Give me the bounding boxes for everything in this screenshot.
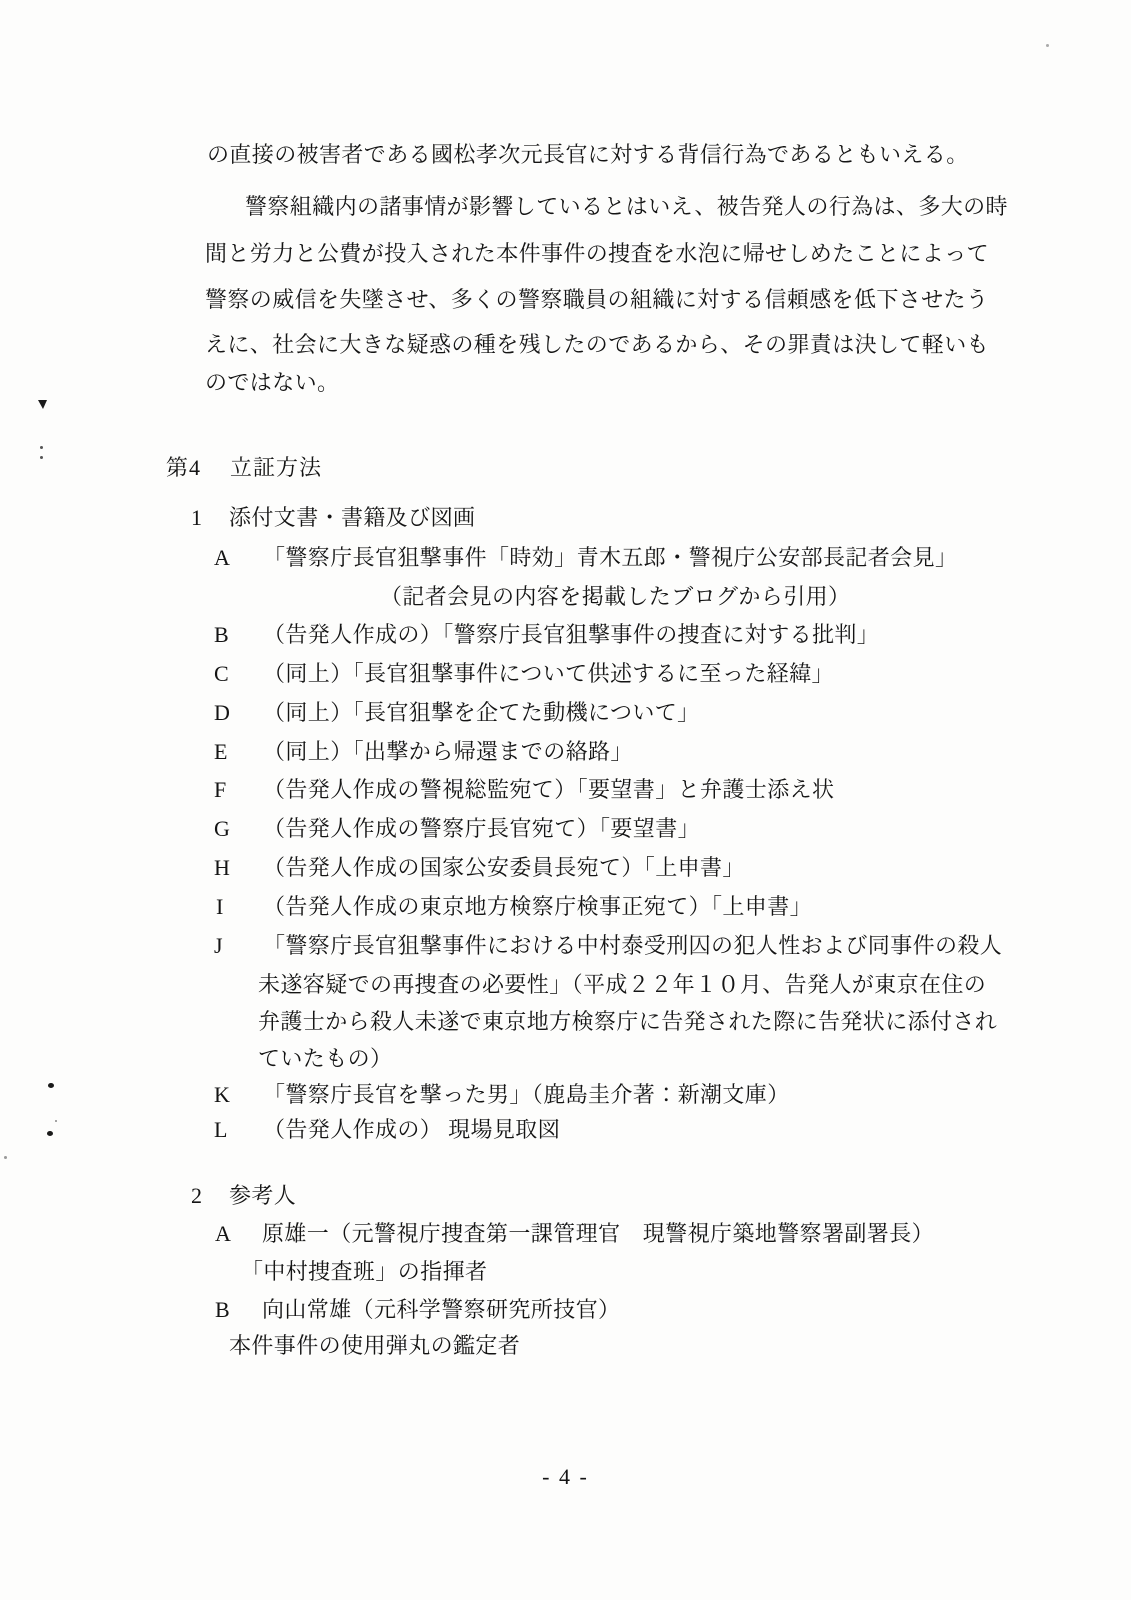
witness-label-b: B [215,1296,245,1324]
item-label-e: E [214,738,244,766]
scan-speck [4,1156,7,1159]
item-text-d: （同上）「長官狙撃を企てた動機について」 [263,699,700,727]
item-label-g: G [214,815,244,843]
item-text-a-note: （記者会見の内容を掲載したブログから引用） [380,583,850,611]
intro-line-5: えに、社会に大きな疑惑の種を残したのであるから、その罪責は決して軽いも [205,331,989,359]
scan-speck [1046,44,1049,47]
item-text-f: （告発人作成の警視総監宛て）「要望書」と弁護士添え状 [263,776,834,804]
item-label-b: B [214,621,244,649]
item-label-l: L [214,1116,244,1144]
page-number: - 4 - [0,1464,1131,1490]
witness-label-a: A [215,1220,245,1248]
item-text-b: （告発人作成の）「警察庁長官狙撃事件の捜査に対する批判」 [263,621,879,649]
intro-line-4: 警察の威信を失墜させ、多くの警察職員の組織に対する信頼感を低下させたう [205,286,988,314]
attachments-number: 1 [191,504,202,532]
scan-speck [40,456,43,459]
scan-speck [55,1120,57,1122]
item-label-f: F [214,776,244,804]
document-page: の直接の被害者である國松孝次元長官に対する背信行為であるともいえる。 警察組織内… [0,0,1131,1600]
intro-line-6: のではない。 [205,369,339,397]
witness-text-a: 原雄一（元警視庁捜査第一課管理官 現警視庁築地警察署副署長） [262,1220,934,1248]
item-text-j-3: 弁護士から殺人未遂で東京地方検察庁に告発された際に告発状に添付され [258,1008,997,1036]
witnesses-title: 参考人 [229,1182,296,1210]
item-label-j: J [214,932,244,960]
item-text-e: （同上）「出撃から帰還までの絡路」 [263,738,633,766]
item-text-a: 「警察庁長官狙撃事件「時効」青木五郎・警視庁公安部長記者会見」 [263,544,957,572]
item-text-k: 「警察庁長官を撃った男」（鹿島圭介著：新潮文庫） [263,1081,790,1109]
item-text-i: （告発人作成の東京地方検察庁検事正宛て）「上申書」 [263,893,812,921]
scan-speck [40,446,43,449]
intro-line-3: 間と労力と公費が投入された本件事件の捜査を水泡に帰せしめたことによって [205,240,989,268]
item-text-g: （告発人作成の警察庁長官宛て）「要望書」 [263,815,700,843]
witnesses-number: 2 [191,1182,202,1210]
scan-mark-triangle [38,400,47,409]
scan-speck [48,1083,54,1088]
witness-note-a: 「中村捜査班」の指揮者 [241,1258,487,1286]
item-label-i: I [216,893,246,921]
witness-text-b: 向山常雄（元科学警察研究所技官） [262,1296,620,1324]
item-text-j-4: ていたもの） [258,1045,392,1073]
item-label-a: A [214,544,244,572]
scan-speck [47,1131,53,1136]
item-text-c: （同上）「長官狙撃事件について供述するに至った経緯」 [263,660,834,688]
item-label-d: D [214,699,244,727]
attachments-title: 添付文書・書籍及び図画 [229,504,475,532]
item-text-j-1: 「警察庁長官狙撃事件における中村泰受刑囚の犯人性および同事件の殺人 [263,932,1002,960]
item-text-l: （告発人作成の） 現場見取図 [263,1116,560,1144]
item-label-c: C [214,660,244,688]
section-number: 第4 [166,454,201,482]
item-label-h: H [214,854,244,882]
intro-line-2: 警察組織内の諸事情が影響しているとはいえ、被告発人の行為は、多大の時 [245,193,1008,221]
intro-line-1: の直接の被害者である國松孝次元長官に対する背信行為であるともいえる。 [207,141,969,169]
item-text-j-2: 未遂容疑での再捜査の必要性」（平成２２年１０月、告発人が東京在住の [258,971,986,999]
scan-speck [347,341,349,343]
section-title: 立証方法 [230,454,322,482]
witness-note-b: 本件事件の使用弾丸の鑑定者 [229,1332,520,1360]
item-label-k: K [214,1081,244,1109]
item-text-h: （告発人作成の国家公安委員長宛て）「上申書」 [263,854,745,882]
